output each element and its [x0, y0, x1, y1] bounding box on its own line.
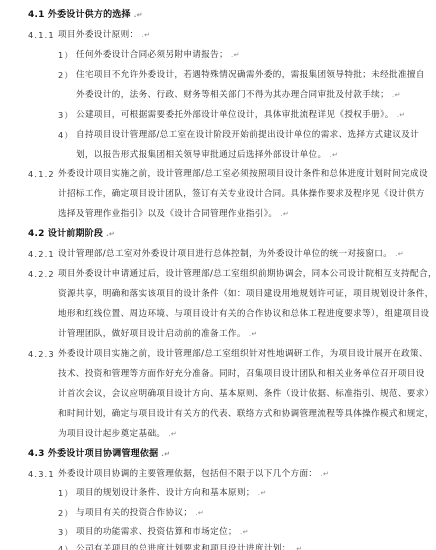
clause-text-4-2-3: 外委设计项目实施之前，设计管理部/总工室组织针对性地调研工作，为项目设计展开在政… — [58, 348, 428, 360]
clause-text-cont: 计招标工作，确定项目设计团队，签订有关专业设计合同。具体操作要求及程序见《设计供… — [58, 188, 425, 200]
clause-text-4-1-2: 外委设计项目实施之前，设计管理部/总工室必须按照项目设计条件和总体进度计划时间完… — [58, 168, 428, 180]
clause-number-4-3-1: 4.3.1 — [28, 468, 55, 480]
clause-text-cont: 计管理团队，做好项目设计启动前的准备工作。.↵ — [58, 328, 258, 340]
list-number: 2） — [58, 507, 74, 519]
list-item-text: 与项目有关的投资合作协议；.↵ — [76, 507, 204, 519]
list-number: 3） — [58, 109, 74, 121]
list-item-text: 任何外委设计合同必须另附申请报告；.↵ — [76, 49, 240, 61]
list-item-text-cont: 划，以报告形式报集团相关领导审批通过后选择外部设计单位。.↵ — [76, 149, 338, 161]
list-item-text: 公建项目，可根据需要委托外部设计单位设计，具体审批流程详见《授权手册》。.↵ — [76, 109, 405, 121]
list-number: 4） — [58, 129, 74, 141]
list-number: 4） — [58, 543, 74, 550]
list-number: 3） — [58, 526, 74, 538]
clause-text-cont: 技术、投资和管理等方面作好充分准备。同时，召集项目设计团队和相关业务单位召开项目… — [58, 368, 425, 380]
list-item-text: 项目的功能需求、投资估算和市场定位；.↵ — [76, 526, 249, 538]
clause-text-4-2-2: 项目外委设计申请通过后，设计管理部/总工室组织前期协调会，同本公司设计院相互支持… — [58, 268, 436, 280]
clause-number-4-1-2: 4.1.2 — [28, 168, 55, 180]
clause-text-cont: 和时间计划，确定与项目设计有关方的代表、联络方式和协调管理流程等具体操作模式和规… — [58, 408, 434, 420]
clause-text-cont: 为项目设计起步奠定基础。.↵ — [58, 428, 177, 440]
list-number: 2） — [58, 69, 74, 81]
clause-text-cont: 资源共享，明确和落实该项目的设计条件（如：项目建设用地规划许可证，项目规划设计条… — [58, 288, 434, 300]
section-heading-4-2: 4.2 设计前期阶段.↵ — [28, 228, 115, 240]
clause-text-cont: 计首次会议，会议应明确项目设计方向、基本原则、条件（设计依据、标准指引、规范、要… — [58, 388, 434, 400]
clause-number-4-2-1: 4.2.1 — [28, 248, 55, 260]
list-number: 1） — [58, 49, 74, 61]
document-page: 4.1 外委设计供方的选择.↵ 4.1.1 项目外委设计原则：.↵ 1） 任何外… — [0, 0, 436, 550]
clause-text-4-1-1: 项目外委设计原则：.↵ — [58, 29, 150, 41]
list-item-text: 项目的规划设计条件、设计方向和基本原则；.↵ — [76, 487, 267, 499]
clause-text-4-2-1: 设计管理部/总工室对外委设计项目进行总体控制，为外委设计单位的统一对接窗口。.↵ — [58, 248, 404, 260]
section-heading-4-3: 4.3 外委设计项目协调管理依据.↵ — [28, 448, 170, 460]
clause-number-4-2-3: 4.2.3 — [28, 348, 55, 360]
list-item-text: 自持项目设计管理部/总工室在设计阶段开始前提出设计单位的需求、选择方式建议及计 — [76, 129, 419, 141]
clause-text-cont: 地形和红线位置、周边环境、与项目设计有关的合作协议和总体工程进度要求等），组建项… — [58, 308, 429, 320]
section-heading-4-1: 4.1 外委设计供方的选择.↵ — [28, 9, 143, 21]
list-item-text: 住宅项目不允许外委设计，若遇特殊情况确需外委的，需报集团领导特批；未经批准擅自 — [76, 69, 425, 81]
clause-number-4-1-1: 4.1.1 — [28, 29, 55, 41]
clause-text-cont: 选择及管理作业指引》以及《设计合同管理作业指引》。.↵ — [58, 208, 289, 220]
list-item-text-cont: 外委设计的，法务、行政、财务等相关部门不得为其办理合同审批及付款手续；.↵ — [76, 89, 401, 101]
list-number: 1） — [58, 487, 74, 499]
list-item-text: 公司有关项目的总进度计划要求和项目设计进度计划；.↵ — [76, 543, 302, 550]
clause-text-4-3-1: 外委设计项目协调的主要管理依据，包括但不限于以下几个方面：.↵ — [58, 468, 329, 480]
clause-number-4-2-2: 4.2.2 — [28, 268, 55, 280]
